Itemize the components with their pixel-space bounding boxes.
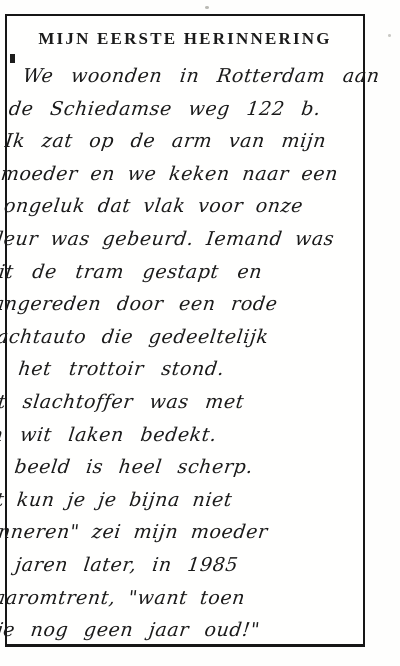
scan-speck: [388, 34, 391, 37]
handwritten-line: uit de tram gestapt en: [0, 256, 339, 289]
handwritten-line: vrachtauto die gedeeltelijk: [0, 321, 331, 354]
chapter-title: MIJN EERSTE HERINNERING: [7, 16, 363, 49]
handwritten-line: vele jaren later, in 1985: [0, 549, 303, 582]
handwritten-line: Het slachtoffer was met: [0, 386, 323, 419]
page-border-frame: MIJN EERSTE HERINNERING We woonden in Ro…: [5, 14, 365, 647]
handwritten-line: aangereden door een rode: [0, 288, 335, 321]
handwritten-text-block: We woonden in Rotterdam aan de Schiedams…: [0, 60, 363, 647]
handwritten-line: deur was gebeurd. Iemand was: [0, 223, 343, 256]
handwritten-line: een wit laken bedekt.: [0, 419, 319, 452]
handwritten-line: moeder en we keken naar een: [0, 158, 351, 191]
handwritten-line: op het trottoir stond.: [0, 353, 327, 386]
scanned-manuscript-page: MIJN EERSTE HERINNERING We woonden in Ro…: [0, 0, 400, 666]
handwritten-line: de Schiedamse weg 122 b.: [7, 93, 359, 126]
handwritten-line: Ik zat op de arm van mijn: [3, 125, 355, 158]
handwritten-line: We woonden in Rotterdam aan: [21, 60, 363, 93]
handwritten-line: ongeluk dat vlak voor onze: [2, 190, 347, 223]
handwritten-line: of daaromtrent, "want toen: [0, 582, 299, 615]
scan-speck: [205, 6, 209, 9]
handwritten-line: "Dat kun je je bijna niet: [0, 484, 311, 517]
handwritten-line: herinneren" zei mijn moeder: [0, 516, 307, 549]
handwritten-line: was je nog geen jaar oud!": [0, 614, 295, 647]
handwritten-line: Dat beeld is heel scherp.: [0, 451, 315, 484]
scan-artifact: [10, 54, 15, 63]
